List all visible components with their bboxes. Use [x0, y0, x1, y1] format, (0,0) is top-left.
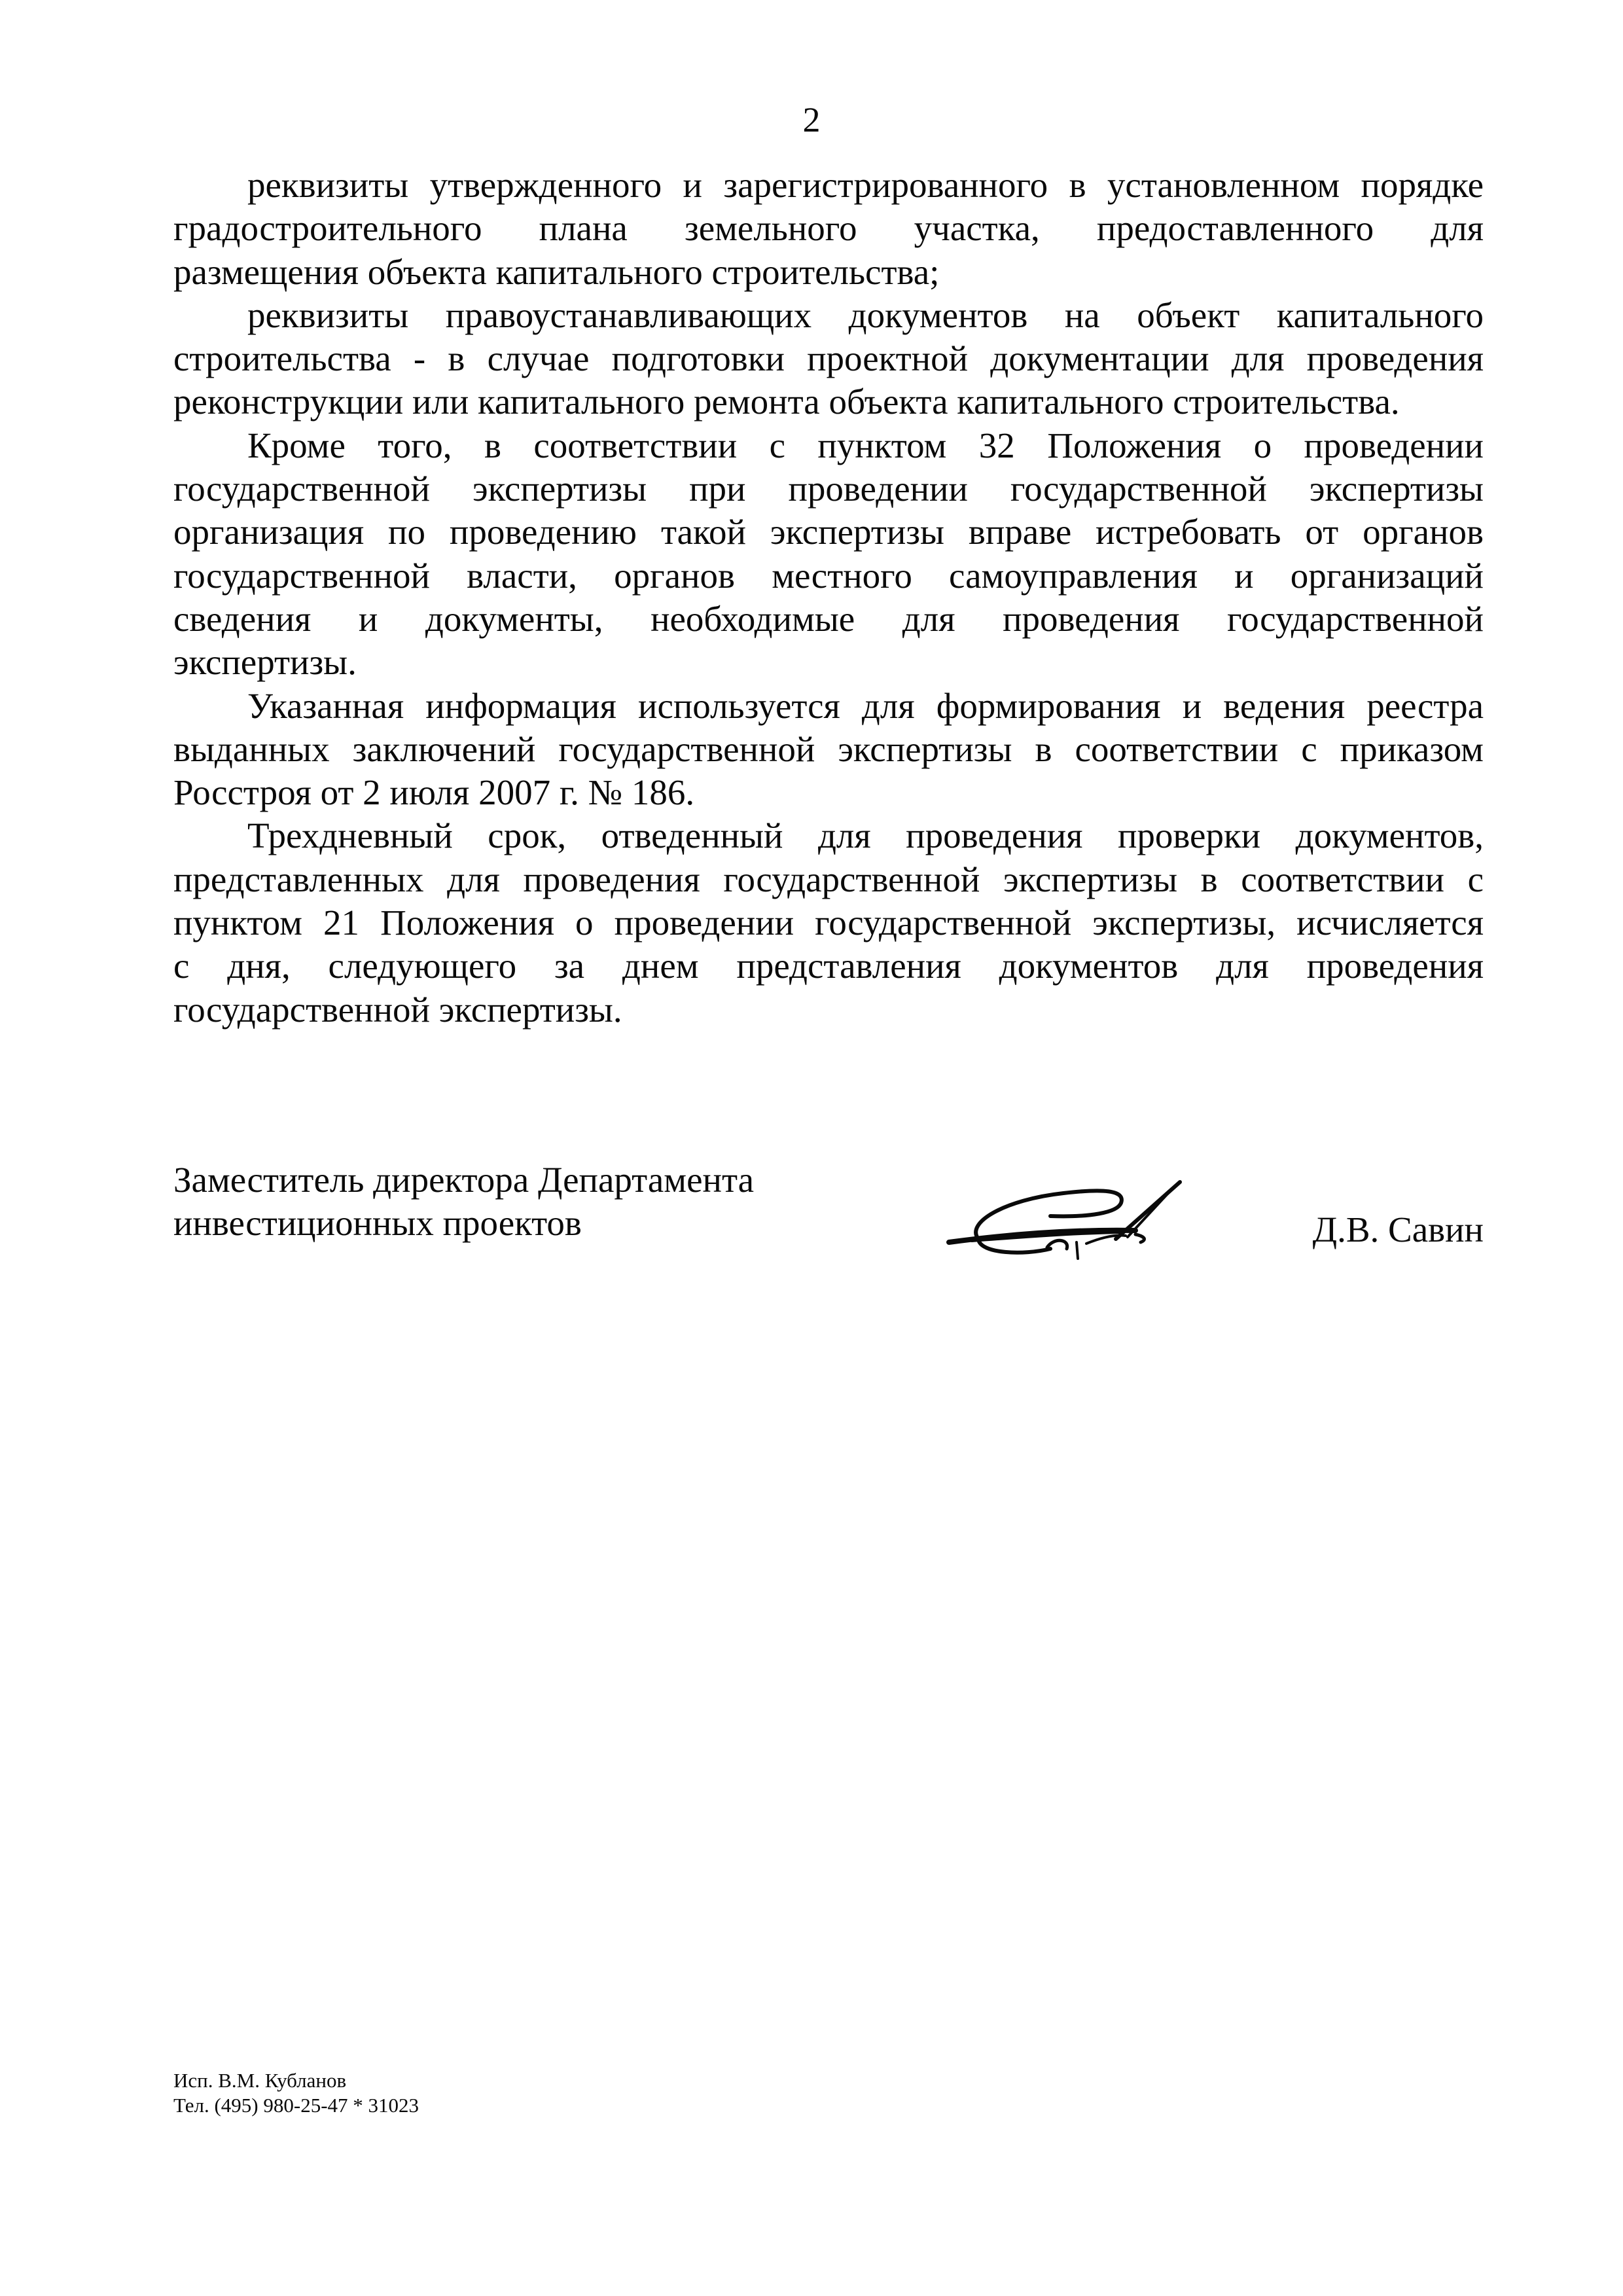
executor-name: Исп. В.М. Кубланов — [173, 2068, 419, 2093]
handwritten-signature-icon — [946, 1177, 1194, 1262]
text-line: реквизиты правоустанавливающих документо… — [173, 294, 1484, 337]
text-line: государственной экспертизы при проведени… — [173, 467, 1484, 511]
signatory-title-line: Заместитель директора Департамента — [173, 1158, 754, 1202]
paragraph-three-day-term: Трехдневный срок, отведенный для проведе… — [173, 814, 1484, 1031]
text-line: с дня, следующего за днем представления … — [173, 944, 1484, 988]
text-line: Росстроя от 2 июля 2007 г. № 186. — [173, 771, 1484, 814]
text-line: размещения объекта капитального строител… — [173, 251, 1484, 294]
page-number: 2 — [0, 98, 1623, 141]
text-line: представленных для проведения государств… — [173, 858, 1484, 901]
text-line: строительства - в случае подготовки прое… — [173, 337, 1484, 380]
text-line: пунктом 21 Положения о проведении госуда… — [173, 901, 1484, 944]
signatory-title-line: инвестиционных проектов — [173, 1202, 754, 1245]
executor-phone: Тел. (495) 980-25-47 * 31023 — [173, 2093, 419, 2118]
text-line: Указанная информация используется для фо… — [173, 685, 1484, 728]
text-line: организация по проведению такой эксперти… — [173, 511, 1484, 554]
signature-block: Заместитель директора Департамента инвес… — [173, 1158, 1484, 1276]
text-line: градостроительного плана земельного учас… — [173, 207, 1484, 250]
text-line: реквизиты утвержденного и зарегистрирова… — [173, 164, 1484, 207]
document-body: реквизиты утвержденного и зарегистрирова… — [173, 164, 1484, 1031]
text-line: Кроме того, в соответствии с пунктом 32 … — [173, 424, 1484, 467]
paragraph-registry: Указанная информация используется для фо… — [173, 685, 1484, 815]
text-line: экспертизы. — [173, 641, 1484, 684]
paragraph-title-documents: реквизиты правоустанавливающих документо… — [173, 294, 1484, 424]
text-line: государственной экспертизы. — [173, 988, 1484, 1031]
text-line: Трехдневный срок, отведенный для проведе… — [173, 814, 1484, 857]
executor-note: Исп. В.М. Кубланов Тел. (495) 980-25-47 … — [173, 2068, 419, 2118]
text-line: государственной власти, органов местного… — [173, 554, 1484, 598]
paragraph-gpzu-requisites: реквизиты утвержденного и зарегистрирова… — [173, 164, 1484, 294]
signatory-title: Заместитель директора Департамента инвес… — [173, 1158, 754, 1245]
text-line: реконструкции или капитального ремонта о… — [173, 380, 1484, 423]
paragraph-clause-32: Кроме того, в соответствии с пунктом 32 … — [173, 424, 1484, 685]
signatory-name: Д.В. Савин — [1313, 1208, 1484, 1251]
text-line: выданных заключений государственной эксп… — [173, 728, 1484, 771]
text-line: сведения и документы, необходимые для пр… — [173, 598, 1484, 641]
